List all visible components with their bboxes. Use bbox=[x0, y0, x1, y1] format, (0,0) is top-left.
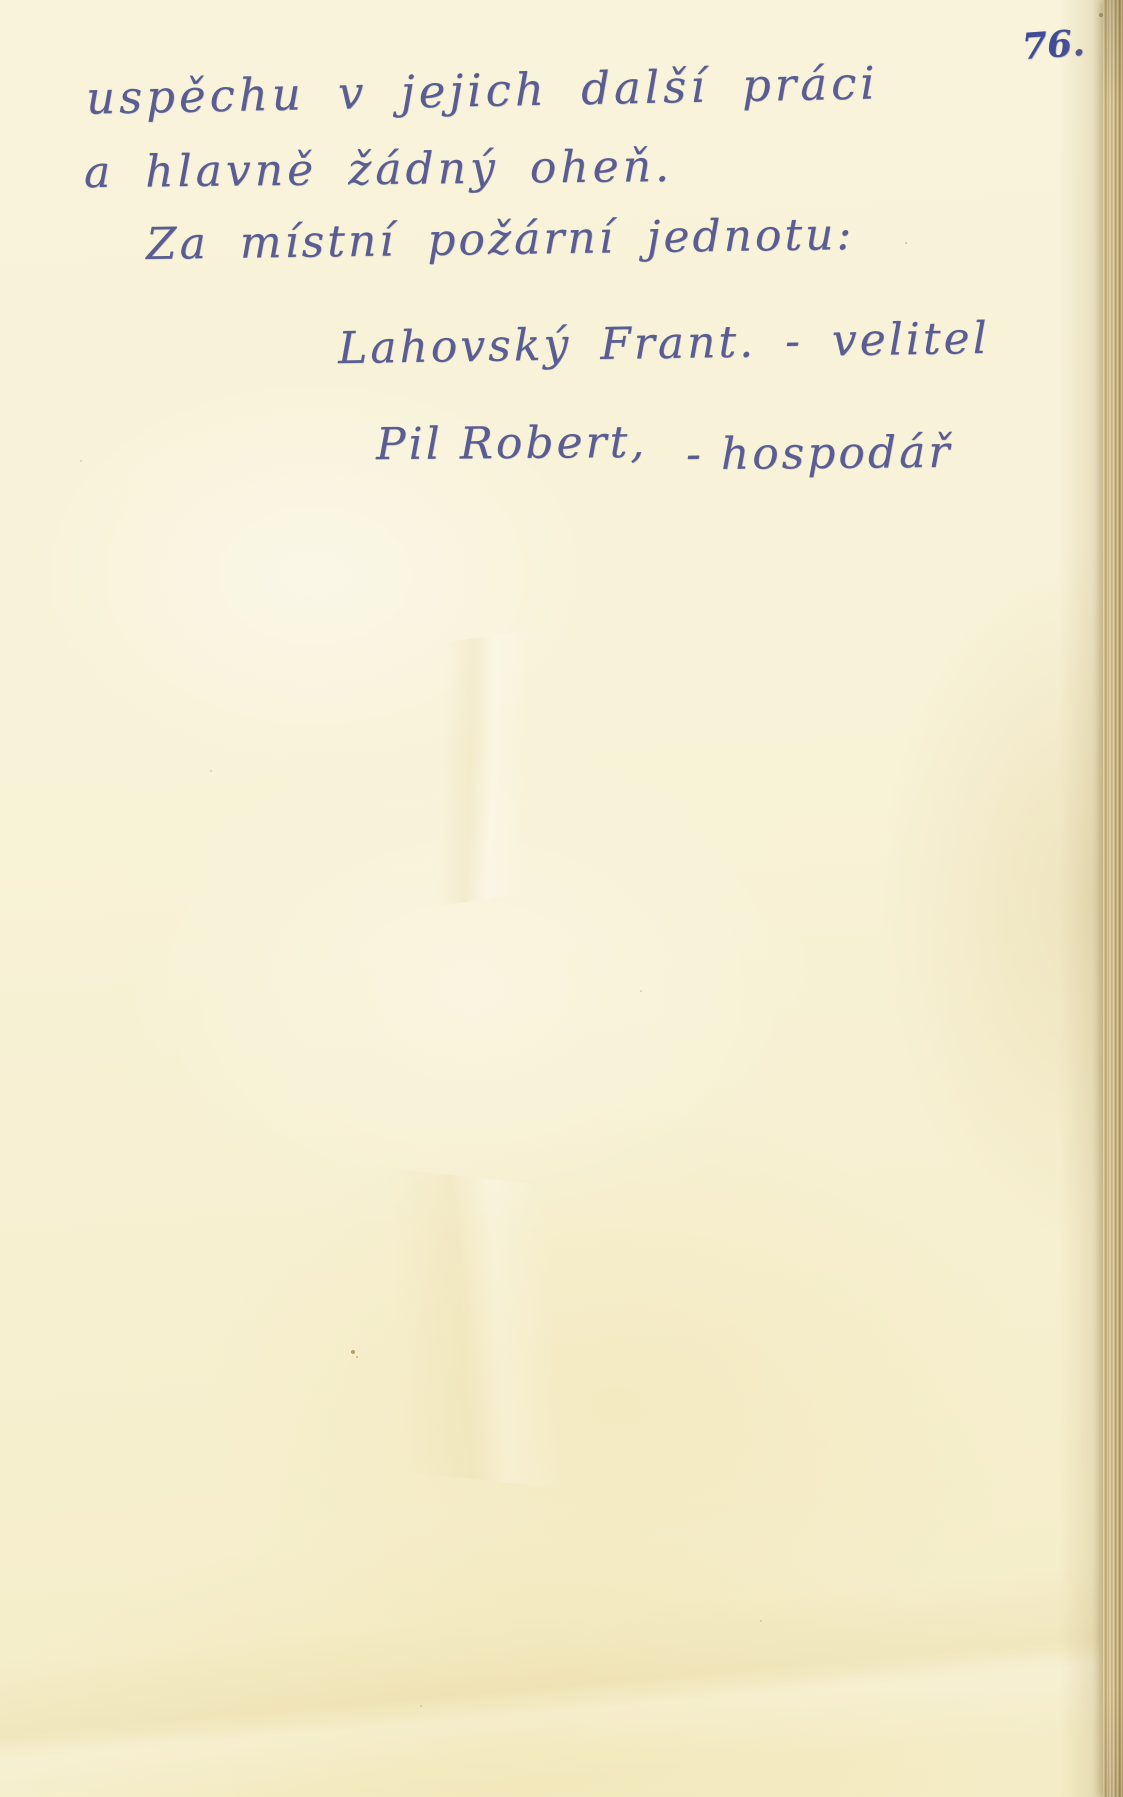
paper-crease bbox=[0, 1560, 1100, 1797]
handwritten-line-3: Za místní požární jednotu: bbox=[146, 209, 855, 270]
signature-name-hospodar: Pil Robert, bbox=[376, 417, 648, 470]
handwritten-line-1: uspěchu v jejich další práci bbox=[86, 56, 880, 124]
paper-specks bbox=[0, 0, 2, 2]
paper-crease bbox=[27, 1134, 953, 1526]
signature-role-hospodar: - hospodář bbox=[686, 427, 953, 480]
book-page-edges bbox=[1103, 0, 1123, 1797]
page-edge-shadow bbox=[1059, 0, 1105, 1797]
signature-line-velitel: Lahovský Frant. - velitel bbox=[338, 313, 990, 374]
scanned-notebook-page: 76. uspěchu v jejich další práci a hlavn… bbox=[0, 0, 1123, 1797]
paper-crease bbox=[105, 593, 834, 948]
handwritten-line-2: a hlavně žádný oheň. bbox=[84, 141, 674, 198]
